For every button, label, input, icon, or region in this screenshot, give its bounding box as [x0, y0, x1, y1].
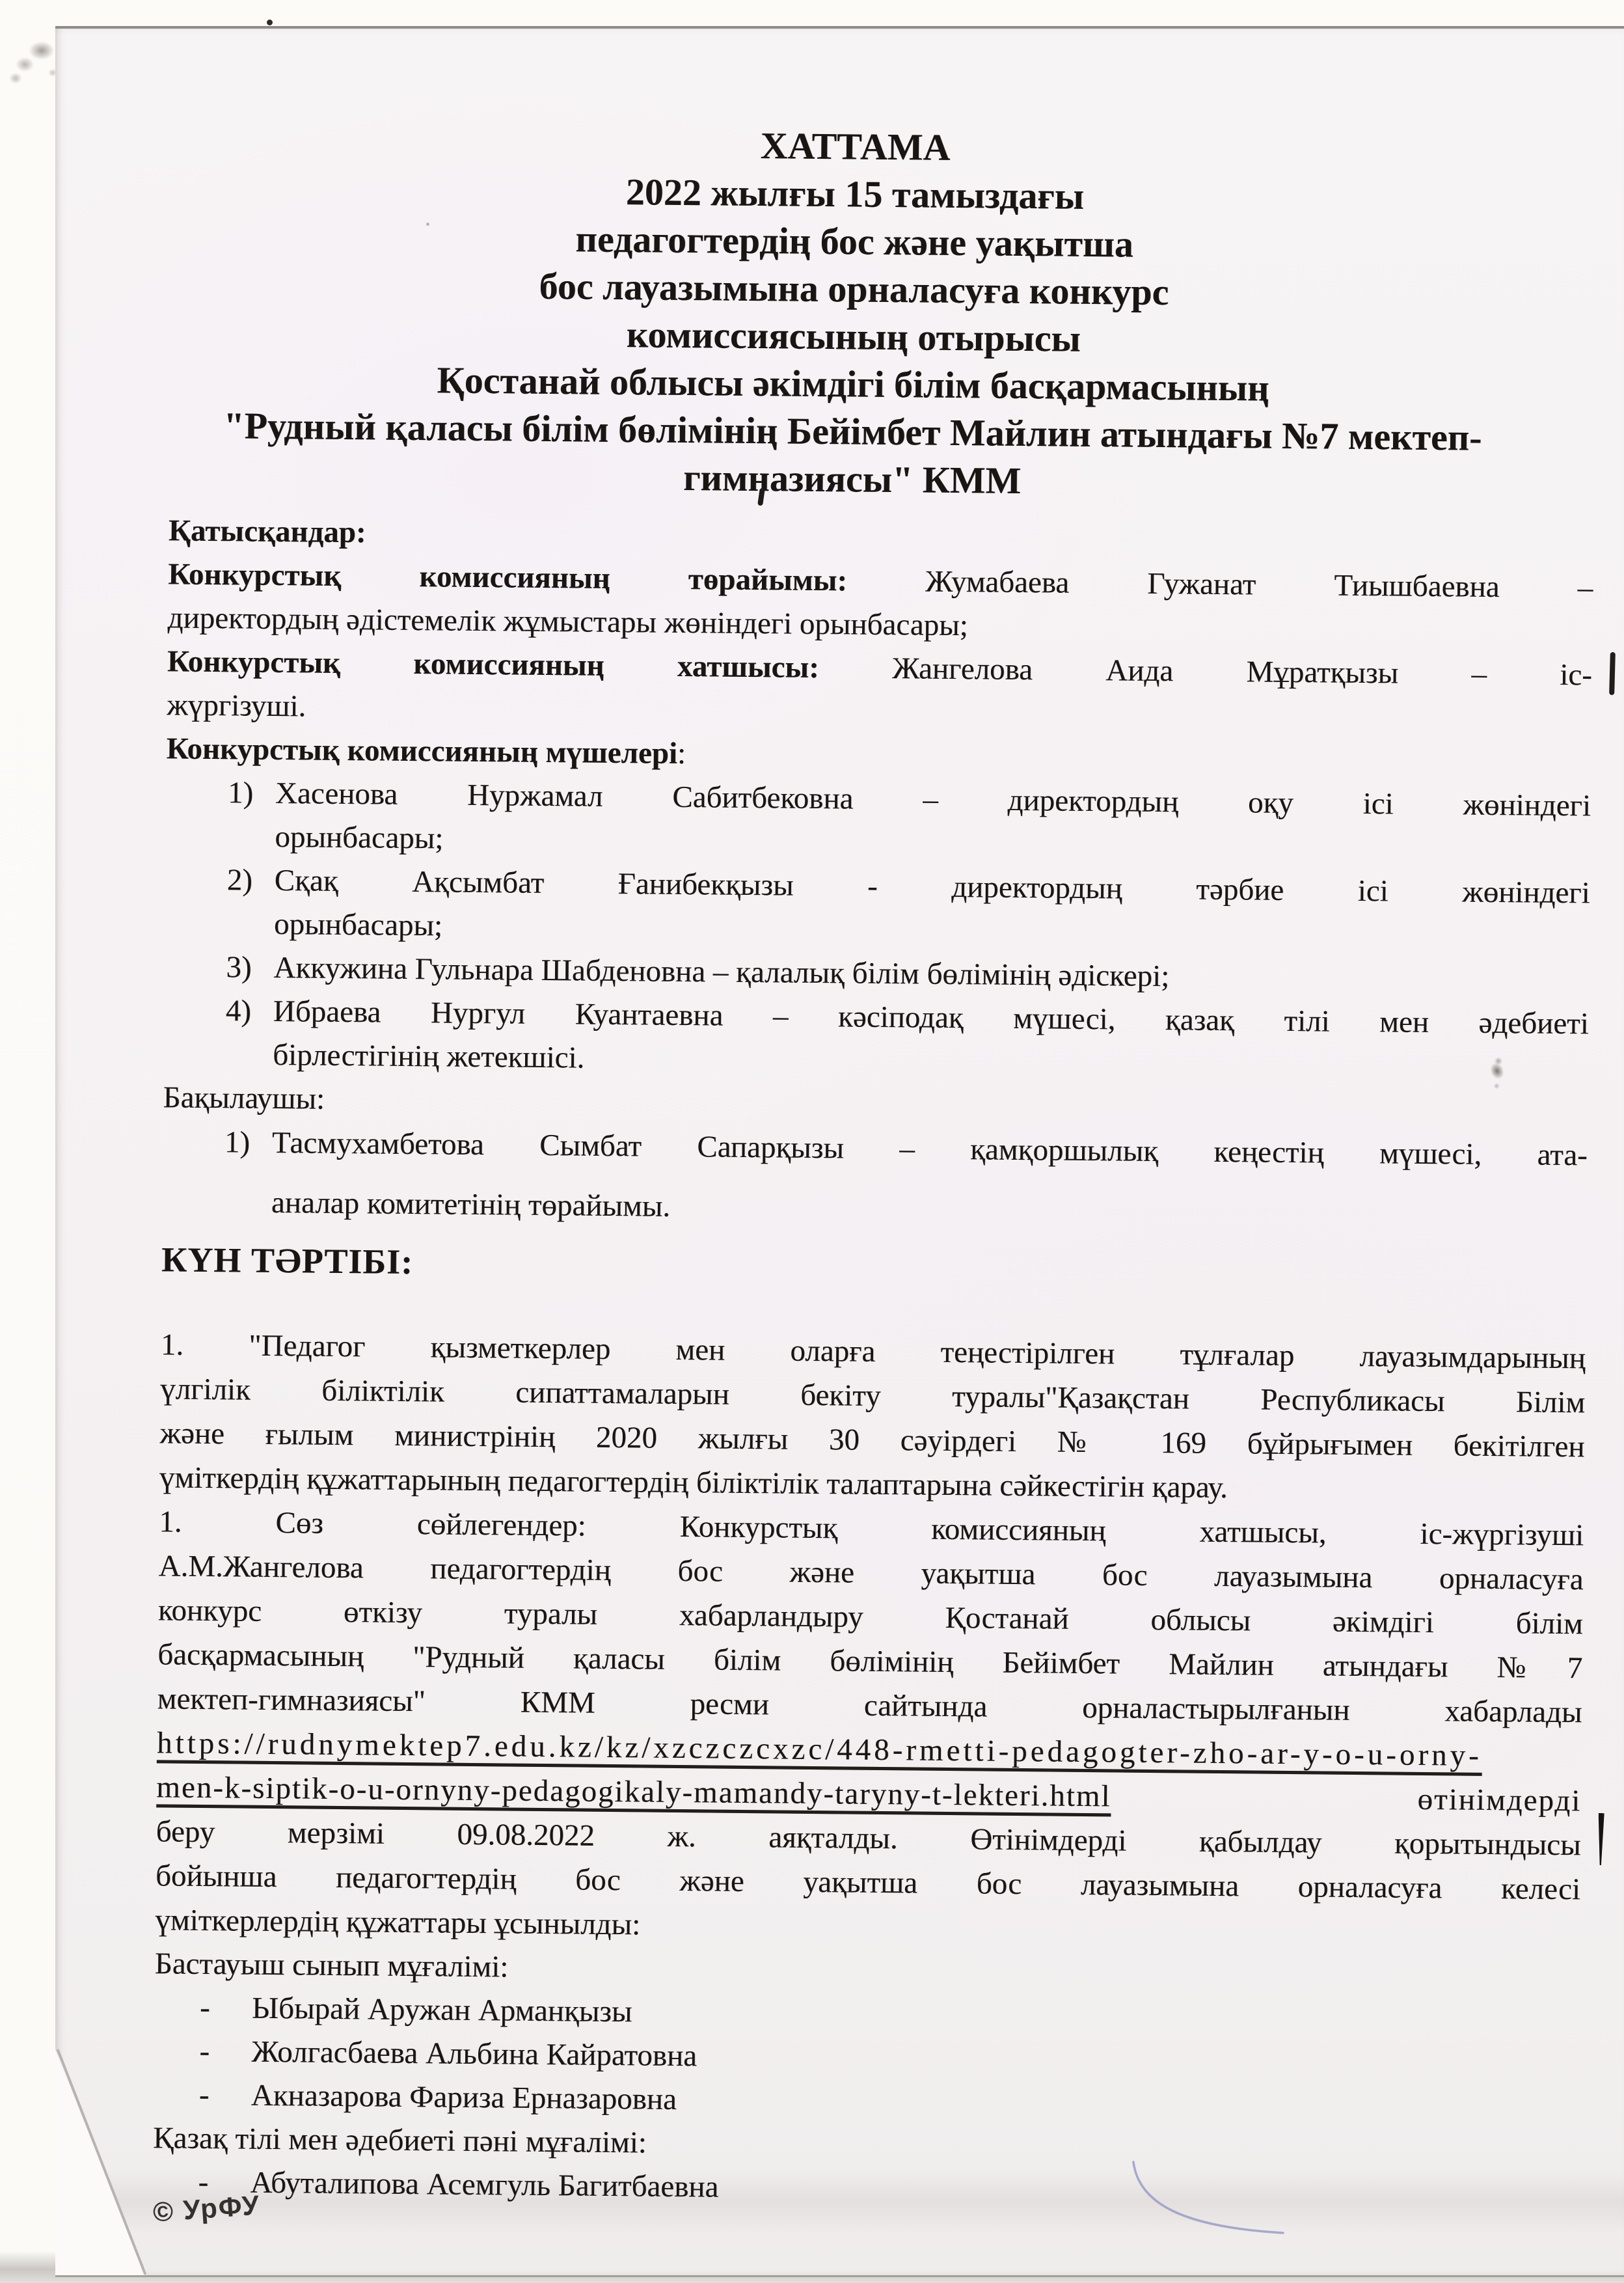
- text-segment: :: [677, 737, 686, 771]
- observer-list: 1)Тасмухамбетова Сымбат Сапарқызы – қамқ…: [162, 1112, 1588, 1245]
- list-marker: 2): [227, 858, 268, 903]
- text-segment: Қазақ тілі мен әдебиеті пәні мұғалімі:: [153, 2121, 647, 2159]
- text-segment: Конкурстық комиссияның төрайымы:: [168, 557, 847, 597]
- list-item-text: Хасенова Нуржамал Сабитбековна – директо…: [275, 772, 1591, 871]
- text-segment: Ибраева Нургул Куантаевна – кәсіподақ мү…: [273, 994, 1589, 1041]
- commission-members-list: 1)Хасенова Нуржамал Сабитбековна – дирек…: [163, 771, 1591, 1089]
- text-segment: үміткердің құжаттарының педагогтердің бі…: [159, 1460, 1228, 1505]
- text-segment: және ғылым министрінің 2020 жылғы 30 сәу…: [159, 1416, 1584, 1464]
- text-segment: 1. Сөз сөйлегендер: Конкурстық комиссиян…: [159, 1505, 1584, 1552]
- text-segment: директордың әдістемелік жұмыстары жөнінд…: [167, 601, 968, 642]
- text-segment: үміткерлердің құжаттары ұсынылды:: [155, 1903, 640, 1941]
- agenda-item-2: 1. Сөз сөйлегендер: Конкурстық комиссиян…: [155, 1499, 1584, 1956]
- text-segment: Ыбырай Аружан Арманқызы: [252, 1991, 632, 2029]
- list-marker: 1): [224, 1112, 265, 1173]
- url-text: men-k-siptik-o-u-ornyny-pedagogikaly-mam…: [156, 1770, 1111, 1813]
- primary-teacher-candidates: -Ыбырай Аружан Арманқызы-Жолгасбаева Аль…: [154, 1986, 1580, 2130]
- text-segment: Жолгасбаева Альбина Кайратовна: [251, 2035, 697, 2073]
- text-segment: орынбасары;: [274, 907, 442, 942]
- text-segment: Бақылаушы:: [163, 1080, 325, 1115]
- text-segment: Бастауыш сынып мұғалімі:: [155, 1947, 509, 1984]
- dust-speck: [426, 223, 429, 226]
- text-segment: Аккужина Гульнара Шабденовна – қалалық б…: [273, 951, 1169, 993]
- text-segment: 1. "Педагог қызметкерлер мен оларға теңе…: [161, 1328, 1586, 1375]
- text-segment: басқармасының "Рудный қаласы білім бөлім…: [157, 1637, 1582, 1685]
- participants-section: Қатысқандар:Конкурстық комиссияның төрай…: [166, 509, 1593, 784]
- text-segment: конкурс өткізу туралы хабарландыру Қоста…: [158, 1593, 1583, 1641]
- url-text: https://rudnymektep7.edu.kz/kz/xzczczcxz…: [157, 1726, 1482, 1773]
- list-marker: 1): [228, 771, 269, 815]
- list-item-text: Сқақ Ақсымбат Ғанибекқызы - директордың …: [274, 859, 1590, 959]
- text-segment: Абуталипова Асемгуль Багитбаевна: [250, 2166, 718, 2204]
- text-segment: бойынша педагогтердің бос және уақытша б…: [156, 1859, 1580, 1906]
- text-segment: Жумабаева Гужанат Тиышбаевна –: [847, 564, 1593, 605]
- list-marker: 3): [226, 946, 267, 990]
- text-segment: Хасенова Нуржамал Сабитбековна – директо…: [275, 776, 1591, 823]
- text-segment: үлгілік біліктілік сипаттамаларын бекіту…: [160, 1372, 1585, 1419]
- text-segment: жүргізуші.: [167, 688, 306, 723]
- scanned-document-viewport: { "meta": { "watermark": "© УрФУ" }, "ti…: [0, 0, 1624, 2283]
- margin-pen-tick: [1609, 652, 1616, 695]
- document-title-block: ХАТТАМА2022 жылғы 15 тамыздағыпедагогтер…: [169, 116, 1597, 510]
- text-segment: өтінімдерді: [1111, 1779, 1581, 1818]
- document-body: Қатысқандар:Конкурстық комиссияның төрай…: [152, 509, 1593, 2217]
- list-item: 4)Ибраева Нургул Куантаевна – кәсіподақ …: [163, 989, 1589, 1089]
- list-item: 2)Сқақ Ақсымбат Ғанибекқызы - директорды…: [165, 858, 1590, 959]
- text-segment: беру мерзімі 09.08.2022 ж. аяқталды. Өті…: [156, 1814, 1581, 1862]
- list-item-text: Тасмухамбетова Сымбат Сапарқызы – қамқор…: [271, 1113, 1588, 1245]
- text-segment: бірлестігінің жетекшісі.: [273, 1038, 585, 1075]
- text-segment: орынбасары;: [275, 820, 443, 855]
- text-segment: Жангелова Аида Мұратқызы – іс-: [819, 651, 1593, 692]
- text-segment: аналар комитетінің төрайымы.: [271, 1186, 671, 1224]
- text-segment: Конкурстық комиссияның хатшысы:: [167, 644, 819, 685]
- document-content: ХАТТАМА2022 жылғы 15 тамыздағыпедагогтер…: [152, 21, 1598, 2217]
- list-item-text: Ибраева Нургул Куантаевна – кәсіподақ мү…: [273, 990, 1589, 1089]
- text-segment: Конкурстық комиссияның мүшелері: [167, 731, 678, 771]
- text-segment: Сқақ Ақсымбат Ғанибекқызы - директордың …: [275, 864, 1590, 910]
- agenda-heading: КҮН ТӘРТІБІ:: [161, 1237, 1587, 1296]
- list-item: 1)Хасенова Нуржамал Сабитбековна – дирек…: [165, 771, 1591, 871]
- text-segment: Тасмухамбетова Сымбат Сапарқызы – қамқор…: [272, 1126, 1588, 1172]
- list-item: 1)Тасмухамбетова Сымбат Сапарқызы – қамқ…: [162, 1112, 1588, 1245]
- list-marker: -: [200, 1986, 241, 2030]
- list-marker: 4): [226, 989, 267, 1033]
- text-segment: Акназарова Фариза Ерназаровна: [251, 2079, 677, 2116]
- list-marker: -: [199, 2030, 240, 2074]
- document-page: ХАТТАМА2022 жылғы 15 тамыздағыпедагогтер…: [55, 26, 1624, 2277]
- list-marker: -: [199, 2073, 240, 2118]
- agenda-item-1: 1. "Педагог қызметкерлер мен оларға теңе…: [159, 1322, 1586, 1513]
- text-segment: Қатысқандар:: [169, 513, 366, 549]
- text-line: аналар комитетінің төрайымы.: [271, 1173, 1588, 1245]
- text-segment: мектеп-гимназиясы" КММ ресми сайтында ор…: [157, 1682, 1582, 1729]
- text-segment: А.М.Жангелова педагогтердің бос және уақ…: [158, 1549, 1583, 1596]
